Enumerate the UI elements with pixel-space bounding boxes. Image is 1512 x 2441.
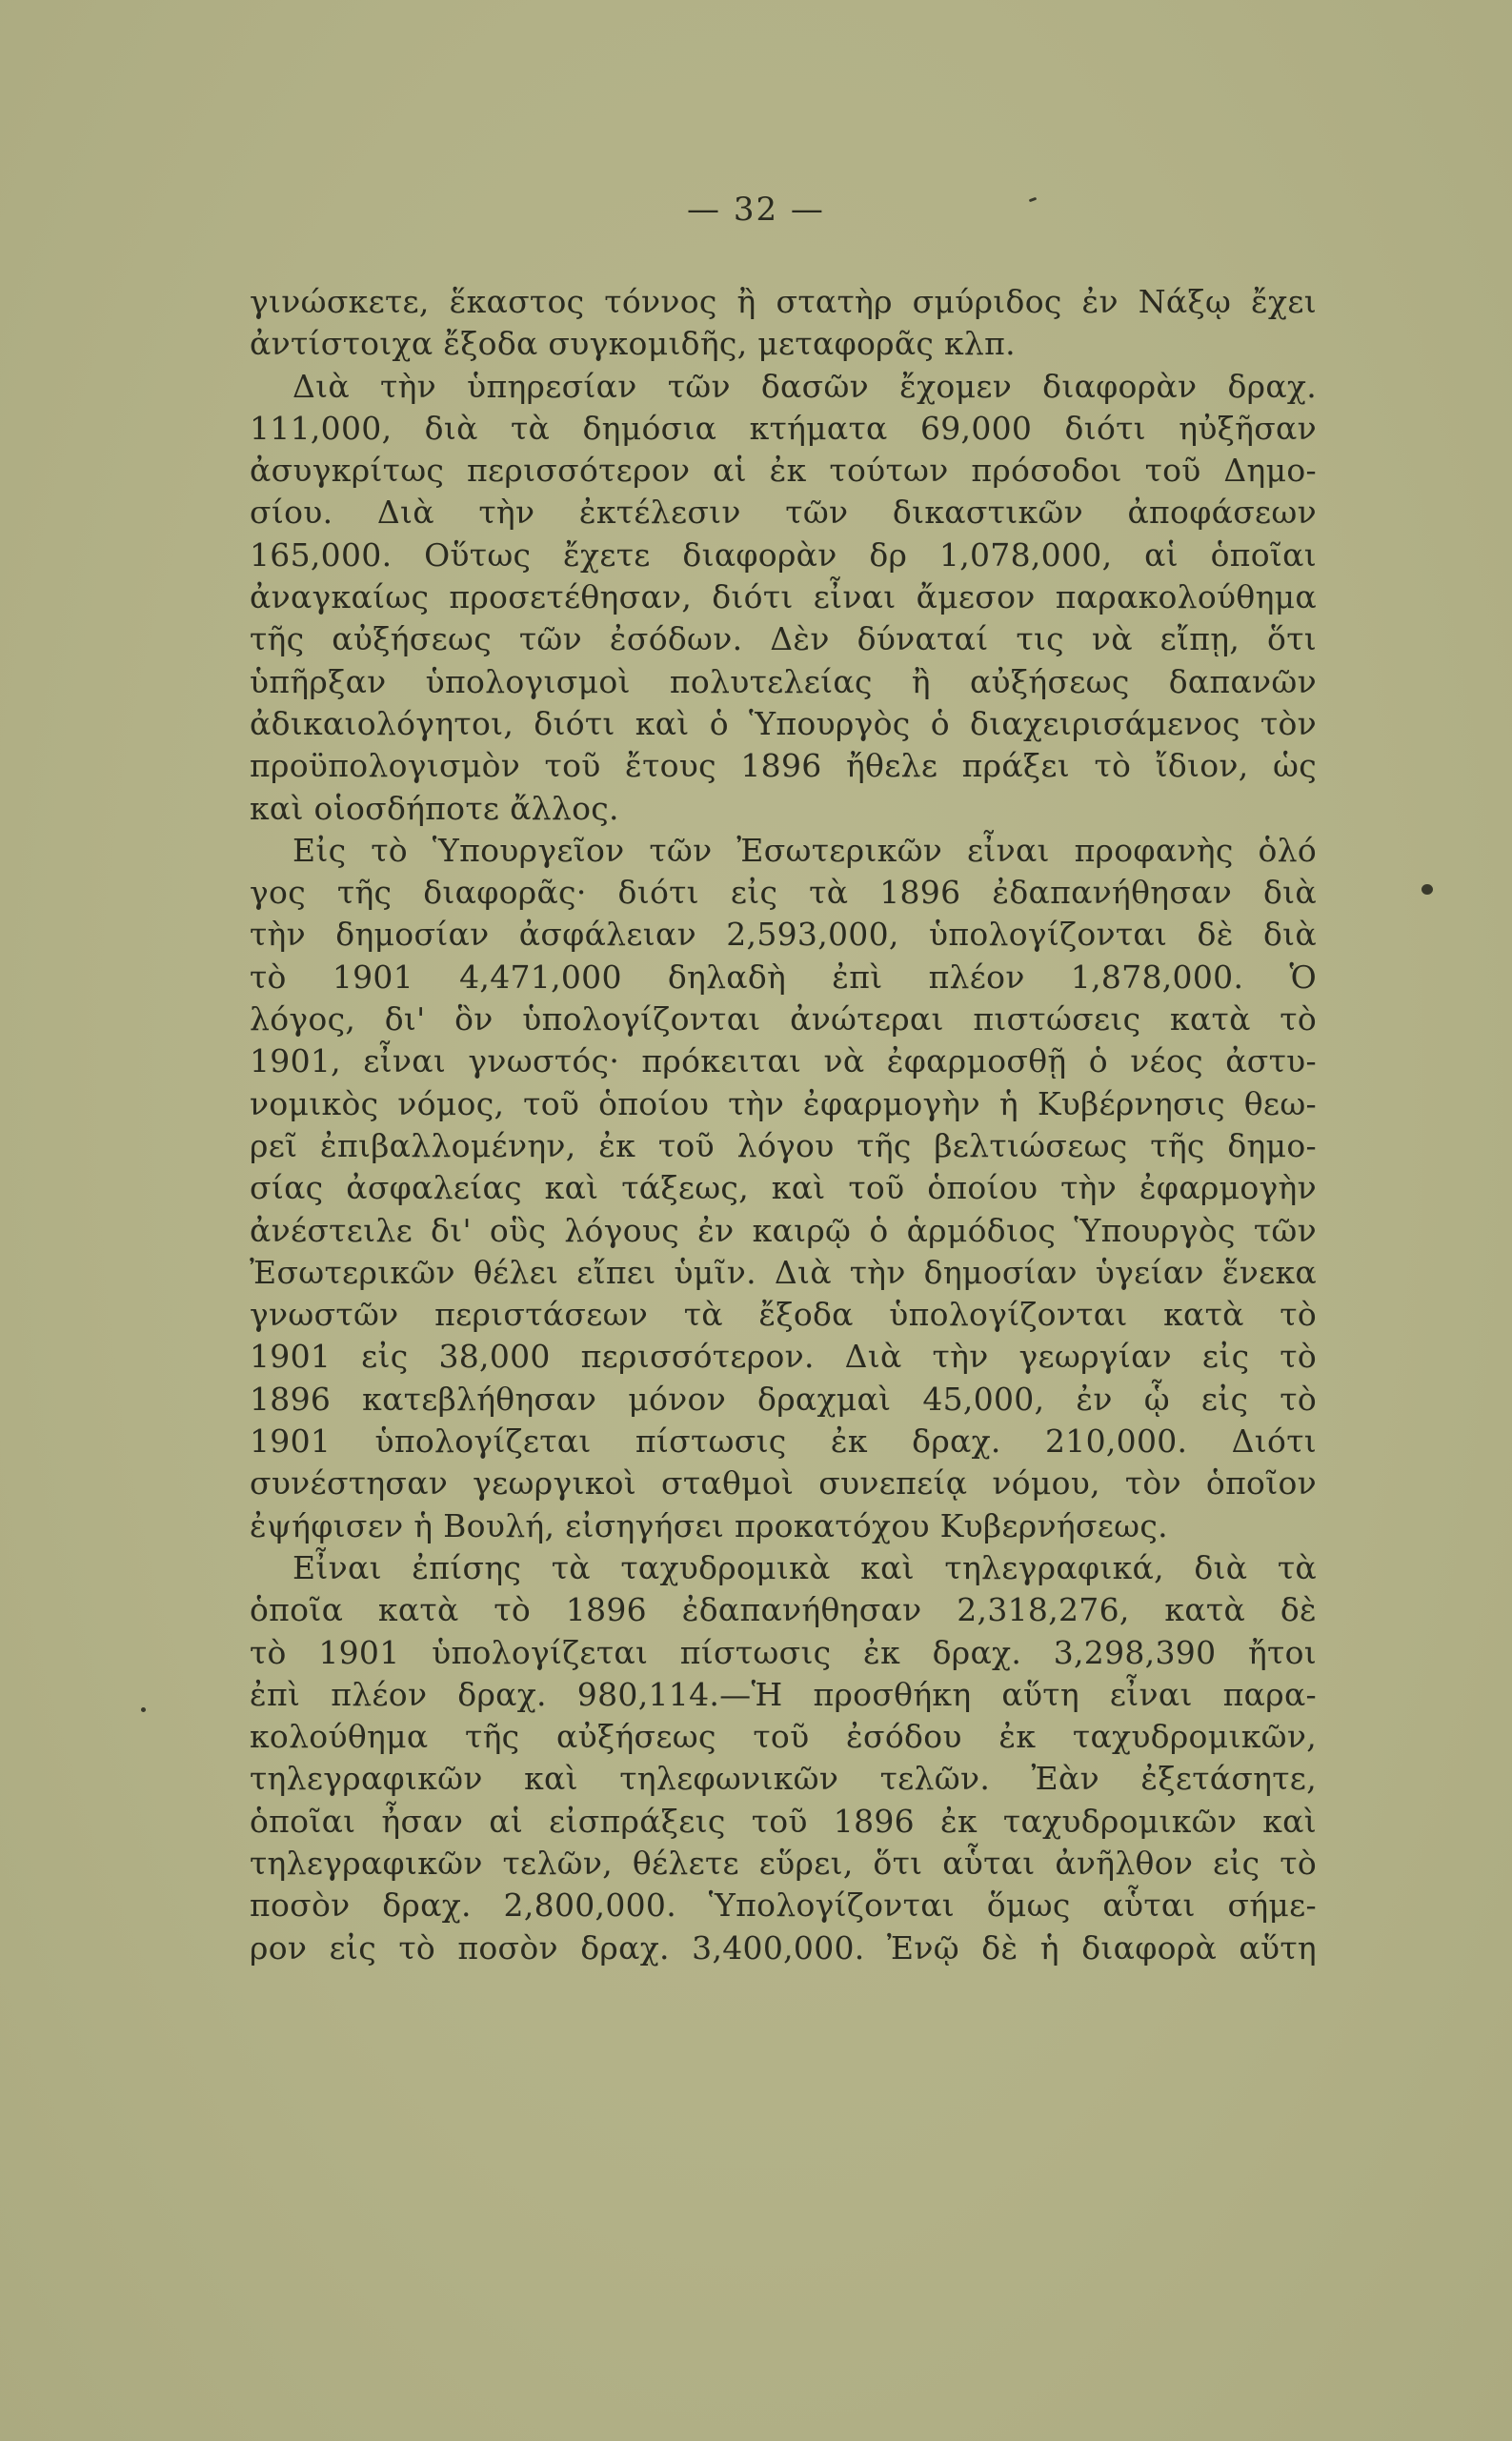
text-line: τὸ 1901 4,471,000 δηλαδὴ ἐπὶ πλέον 1,878… — [250, 957, 1317, 999]
text-line: 1901, εἶναι γνωστός· πρόκειται νὰ ἐφαρμο… — [250, 1040, 1317, 1082]
text-line: ὑπῆρξαν ὑπολογισμοὶ πολυτελείας ἢ αὐξήσε… — [250, 661, 1317, 703]
text-line: γνωστῶν περιστάσεων τὰ ἔξοδα ὑπολογίζοντ… — [250, 1294, 1317, 1336]
text-line: Εἰς τὸ Ὑπουργεῖον τῶν Ἐσωτερικῶν εἶναι π… — [250, 830, 1317, 872]
text-line: σίου. Διὰ τὴν ἐκτέλεσιν τῶν δικαστικῶν ἀ… — [250, 492, 1317, 534]
text-line: 1896 κατεβλήθησαν μόνον δραχμαὶ 45,000, … — [250, 1379, 1317, 1421]
text-line: γινώσκετε, ἕκαστος τόννος ἢ στατὴρ σμύρι… — [250, 281, 1317, 323]
text-line: τὸ 1901 ὑπολογίζεται πίστωσις ἐκ δραχ. 3… — [250, 1632, 1317, 1674]
text-line: συνέστησαν γεωργικοὶ σταθμοὶ συνεπείᾳ νό… — [250, 1463, 1317, 1504]
scanned-page: — 32 — γινώσκετε, ἕκαστος τόννος ἢ στατὴ… — [0, 0, 1512, 2441]
text-line: ἀντίστοιχα ἔξοδα συγκομιδῆς, μεταφορᾶς κ… — [250, 323, 1317, 365]
text-line: ἐπὶ πλέον δραχ. 980,114.—Ἡ προσθήκη αὕτη… — [250, 1674, 1317, 1716]
text-line: νομικὸς νόμος, τοῦ ὁποίου τὴν ἐφαρμογὴν … — [250, 1083, 1317, 1125]
text-line: κολούθημα τῆς αὐξήσεως τοῦ ἐσόδου ἐκ ταχ… — [250, 1716, 1317, 1758]
text-line: ἀσυγκρίτως περισσότερον αἱ ἐκ τούτων πρό… — [250, 450, 1317, 492]
text-line: ρεῖ ἐπιβαλλομένην, ἐκ τοῦ λόγου τῆς βελτ… — [250, 1125, 1317, 1167]
text-line: τηλεγραφικῶν καὶ τηλεφωνικῶν τελῶν. Ἐὰν … — [250, 1758, 1317, 1800]
text-line: ποσὸν δραχ. 2,800,000. Ὑπολογίζονται ὅμω… — [250, 1885, 1317, 1927]
text-line: ἀδικαιολόγητοι, διότι καὶ ὁ Ὑπουργὸς ὁ δ… — [250, 703, 1317, 745]
text-line: τηλεγραφικῶν τελῶν, θέλετε εὕρει, ὅτι αὗ… — [250, 1843, 1317, 1885]
text-line: σίας ἀσφαλείας καὶ τάξεως, καὶ τοῦ ὁποίο… — [250, 1167, 1317, 1209]
ink-speck — [141, 1707, 146, 1712]
text-line: Ἐσωτερικῶν θέλει εἴπει ὑμῖν. Διὰ τὴν δημ… — [250, 1252, 1317, 1294]
text-line: τὴν δημοσίαν ἀσφάλειαν 2,593,000, ὑπολογ… — [250, 914, 1317, 956]
text-line: 111,000, διὰ τὰ δημόσια κτήματα 69,000 δ… — [250, 408, 1317, 450]
text-line: 165,000. Οὕτως ἔχετε διαφορὰν δρ 1,078,0… — [250, 535, 1317, 576]
body-text: γινώσκετε, ἕκαστος τόννος ἢ στατὴρ σμύρι… — [250, 281, 1317, 1969]
text-line: Εἶναι ἐπίσης τὰ ταχυδρομικὰ καὶ τηλεγραφ… — [250, 1547, 1317, 1589]
text-line: ἀνέστειλε δι' οὓς λόγους ἐν καιρῷ ὁ ἁρμό… — [250, 1210, 1317, 1252]
text-line: 1901 εἰς 38,000 περισσότερον. Διὰ τὴν γε… — [250, 1336, 1317, 1378]
text-line: ὁποῖαι ἦσαν αἱ εἰσπράξεις τοῦ 1896 ἐκ τα… — [250, 1801, 1317, 1843]
text-line: ὁποῖα κατὰ τὸ 1896 ἐδαπανήθησαν 2,318,27… — [250, 1589, 1317, 1631]
text-line: λόγος, δι' ὃν ὑπολογίζονται ἀνώτεραι πισ… — [250, 999, 1317, 1040]
page-number: — 32 — — [0, 191, 1512, 229]
text-line: 1901 ὑπολογίζεται πίστωσις ἐκ δραχ. 210,… — [250, 1421, 1317, 1463]
text-line: Διὰ τὴν ὑπηρεσίαν τῶν δασῶν ἔχομεν διαφο… — [250, 366, 1317, 408]
ink-speck — [1421, 884, 1433, 895]
text-line: γος τῆς διαφορᾶς· διότι εἰς τὰ 1896 ἐδαπ… — [250, 872, 1317, 914]
text-line: ἀναγκαίως προσετέθησαν, διότι εἶναι ἄμεσ… — [250, 576, 1317, 618]
text-line: ρον εἰς τὸ ποσὸν δραχ. 3,400,000. Ἐνῷ δὲ… — [250, 1927, 1317, 1969]
text-line: ἐψήφισεν ἡ Βουλή, εἰσηγήσει προκατόχου Κ… — [250, 1505, 1317, 1547]
text-line: τῆς αὐξήσεως τῶν ἐσόδων. Δὲν δύναταί τις… — [250, 618, 1317, 660]
text-line: καὶ οἱοσδήποτε ἄλλος. — [250, 788, 1317, 830]
text-line: προϋπολογισμὸν τοῦ ἔτους 1896 ἤθελε πράξ… — [250, 745, 1317, 787]
